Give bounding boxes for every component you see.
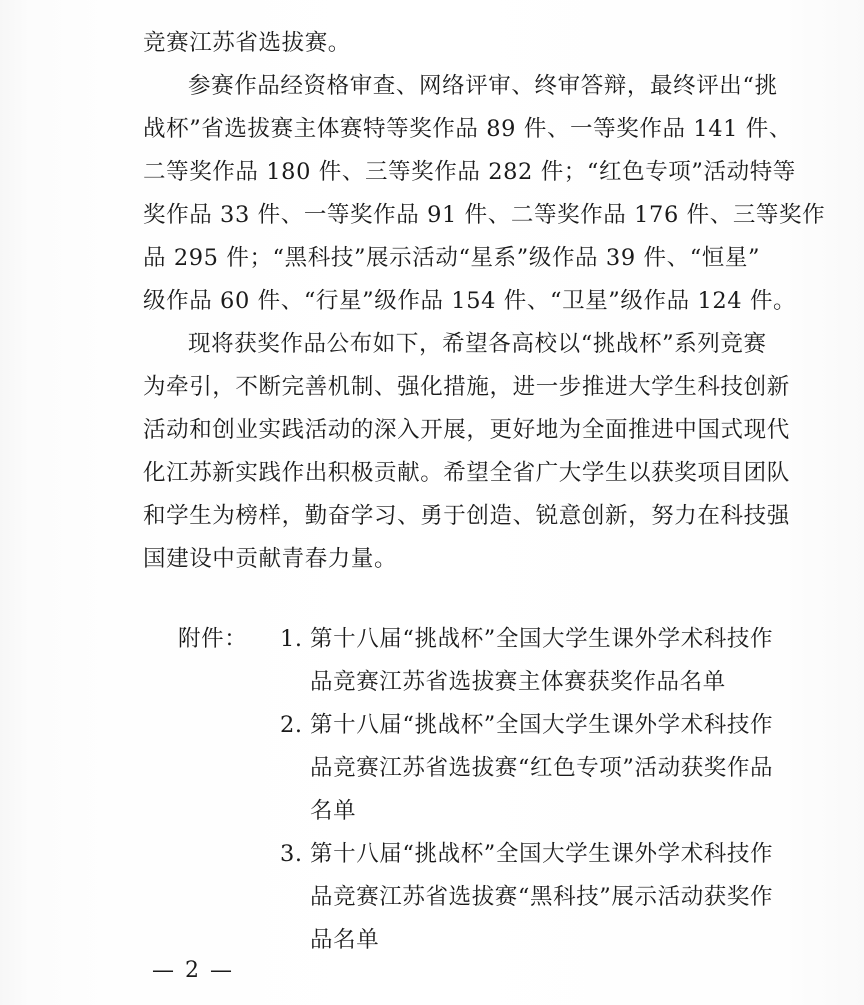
paragraph-line: 国建设中贡献青春力量。	[143, 538, 743, 581]
paragraph-line: 和学生为榜样，勤奋学习、勇于创造、锐意创新，努力在科技强	[143, 495, 743, 538]
paragraph-line: 二等奖作品 180 件、三等奖作品 282 件；“红色专项”活动特等	[143, 151, 743, 194]
attachment-item-continuation: 品竞赛江苏省选拔赛主体赛获奖作品名单	[178, 661, 773, 704]
attachment-number: 3.	[280, 833, 310, 876]
attachments-label: 附件：	[178, 618, 280, 661]
attachment-number: 1.	[280, 618, 310, 661]
page-number: — 2 —	[152, 958, 234, 983]
attachment-item-continuation: 品竞赛江苏省选拔赛“红色专项”活动获奖作品	[178, 747, 773, 790]
attachment-line: 名单	[310, 790, 356, 833]
attachment-line: 品名单	[310, 919, 379, 962]
paragraph-line: 活动和创业实践活动的深入开展，更好地为全面推进中国式现代	[143, 409, 743, 452]
attachment-item-continuation: 名单	[178, 790, 773, 833]
paragraph-hope: 现将获奖作品公布如下，希望各高校以“挑战杯”系列竞赛 为牵引，不断完善机制、强化…	[143, 323, 743, 581]
attachment-number: 2.	[280, 704, 310, 747]
attachment-item: 3. 第十八届“挑战杯”全国大学生课外学术科技作	[178, 833, 773, 876]
document-page: 竞赛江苏省选拔赛。 参赛作品经资格审查、网络评审、终审答辩，最终评出“挑 战杯”…	[0, 0, 864, 1005]
paragraph-line: 品 295 件；“黑科技”展示活动“星系”级作品 39 件、“恒星”	[143, 237, 743, 280]
attachment-line: 第十八届“挑战杯”全国大学生课外学术科技作	[310, 704, 773, 747]
attachments-list: 附件： 1. 第十八届“挑战杯”全国大学生课外学术科技作 品竞赛江苏省选拔赛主体…	[178, 618, 773, 962]
attachment-item-continuation: 品竞赛江苏省选拔赛“黑科技”展示活动获奖作	[178, 876, 773, 919]
attachment-line: 第十八届“挑战杯”全国大学生课外学术科技作	[310, 618, 773, 661]
paragraph-results: 参赛作品经资格审查、网络评审、终审答辩，最终评出“挑 战杯”省选拔赛主体赛特等奖…	[143, 65, 743, 323]
paragraph-line: 参赛作品经资格审查、网络评审、终审答辩，最终评出“挑	[143, 65, 743, 108]
attachment-item: 附件： 1. 第十八届“挑战杯”全国大学生课外学术科技作	[178, 618, 773, 661]
attachment-line: 品竞赛江苏省选拔赛“红色专项”活动获奖作品	[310, 747, 773, 790]
paragraph-line: 化江苏新实践作出积极贡献。希望全省广大学生以获奖项目团队	[143, 452, 743, 495]
document-body: 竞赛江苏省选拔赛。 参赛作品经资格审查、网络评审、终审答辩，最终评出“挑 战杯”…	[143, 22, 743, 581]
paragraph-line: 级作品 60 件、“行星”级作品 154 件、“卫星”级作品 124 件。	[143, 280, 743, 323]
attachment-item: 2. 第十八届“挑战杯”全国大学生课外学术科技作	[178, 704, 773, 747]
continuation-line: 竞赛江苏省选拔赛。	[143, 22, 743, 65]
attachment-item-continuation: 品名单	[178, 919, 773, 962]
attachment-line: 第十八届“挑战杯”全国大学生课外学术科技作	[310, 833, 773, 876]
paragraph-line: 战杯”省选拔赛主体赛特等奖作品 89 件、一等奖作品 141 件、	[143, 108, 743, 151]
paragraph-line: 为牵引，不断完善机制、强化措施，进一步推进大学生科技创新	[143, 366, 743, 409]
attachment-line: 品竞赛江苏省选拔赛主体赛获奖作品名单	[310, 661, 726, 704]
paragraph-line: 奖作品 33 件、一等奖作品 91 件、二等奖作品 176 件、三等奖作	[143, 194, 743, 237]
paragraph-line: 现将获奖作品公布如下，希望各高校以“挑战杯”系列竞赛	[143, 323, 743, 366]
attachment-line: 品竞赛江苏省选拔赛“黑科技”展示活动获奖作	[310, 876, 773, 919]
